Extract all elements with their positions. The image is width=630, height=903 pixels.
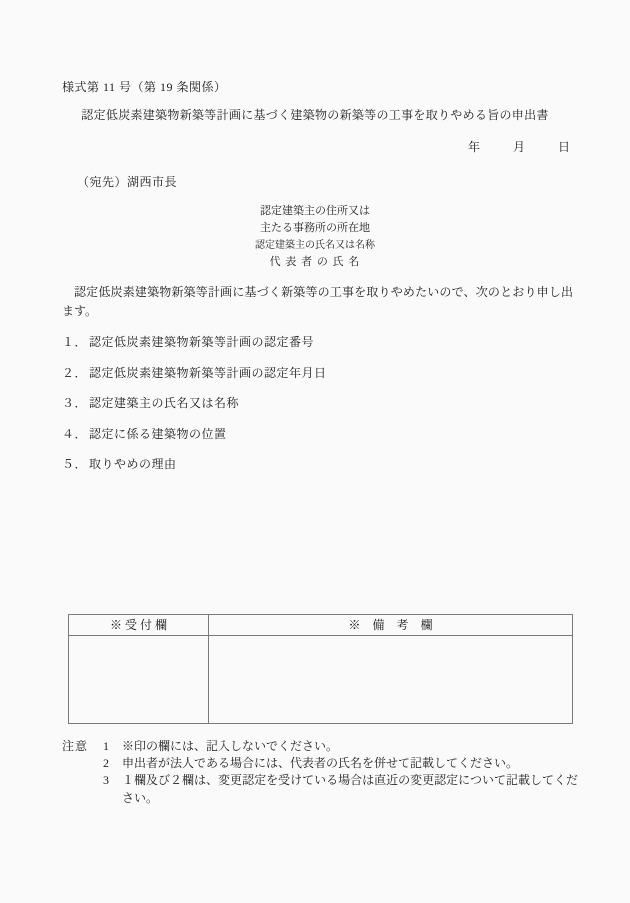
date-line: 年 月 日 [468,139,573,155]
note-number: 2 [103,755,122,772]
remarks-column-header: ※ 備 考 欄 [209,615,572,635]
note-text: ※印の欄には、記入しないでください。 [122,738,578,755]
item-label: 取りやめの理由 [89,457,177,471]
list-item-5: ５．取りやめの理由 [62,456,582,487]
item-number: ２． [62,366,87,380]
receipt-cell [69,636,209,723]
note-number: 3 [103,772,122,806]
item-label: 認定低炭素建築物新築等計画の認定番号 [89,335,314,349]
form-number: 様式第 11 号（第 19 条関係） [62,79,227,95]
note-text: 申出者が法人である場合には、代表者の氏名を併せて記載してください。 [122,755,578,772]
remarks-cell [209,636,572,723]
item-number: ５． [62,457,87,471]
office-use-table: ※ 受 付 欄 ※ 備 考 欄 [68,614,573,724]
item-label: 認定に係る建築物の位置 [89,427,227,441]
list-item-3: ３．認定建築主の氏名又は名称 [62,395,582,426]
document-page: 様式第 11 号（第 19 条関係） 認定低炭素建築物新築等計画に基づく建築物の… [0,0,630,903]
note-item-3: 3 １欄及び２欄は、変更認定を受けている場合は直近の変更認定について記載してくだ… [62,772,578,806]
list-item-4: ４．認定に係る建築物の位置 [62,426,582,457]
receipt-column-header: ※ 受 付 欄 [69,615,209,635]
applicant-address-line1: 認定建築主の住所又は [0,203,630,220]
applicant-address-line2: 主たる事務所の所在地 [0,220,630,237]
body-paragraph: 認定低炭素建築物新築等計画に基づく新築等の工事を取りやめたいので、次のとおり申し… [62,283,573,321]
note-number: 1 [103,738,122,755]
notes-label: 注意 [62,738,88,755]
item-number: ３． [62,396,87,410]
item-number: ４． [62,427,87,441]
note-text: １欄及び２欄は、変更認定を受けている場合は直近の変更認定について記載してください… [122,772,578,806]
list-item-2: ２．認定低炭素建築物新築等計画の認定年月日 [62,365,582,396]
item-list: １．認定低炭素建築物新築等計画の認定番号 ２．認定低炭素建築物新築等計画の認定年… [62,334,582,487]
office-use-table-body [69,636,572,723]
applicant-name-line: 認定建築主の氏名又は名称 [0,237,630,254]
note-item-2: 2 申出者が法人である場合には、代表者の氏名を併せて記載してください。 [62,755,578,772]
notes-section: 注意 1 ※印の欄には、記入しないでください。 2 申出者が法人である場合には、… [62,738,578,807]
addressee-line: （宛先）湖西市長 [77,174,177,190]
applicant-block: 認定建築主の住所又は 主たる事務所の所在地 認定建築主の氏名又は名称 代 表 者… [0,203,630,271]
item-label: 認定建築主の氏名又は名称 [89,396,239,410]
note-item-1: 1 ※印の欄には、記入しないでください。 [62,738,578,755]
list-item-1: １．認定低炭素建築物新築等計画の認定番号 [62,334,582,365]
office-use-table-header: ※ 受 付 欄 ※ 備 考 欄 [69,615,572,636]
item-label: 認定低炭素建築物新築等計画の認定年月日 [89,366,327,380]
applicant-representative-line: 代 表 者 の 氏 名 [0,254,630,271]
document-title: 認定低炭素建築物新築等計画に基づく建築物の新築等の工事を取りやめる旨の申出書 [0,107,630,123]
item-number: １． [62,335,87,349]
